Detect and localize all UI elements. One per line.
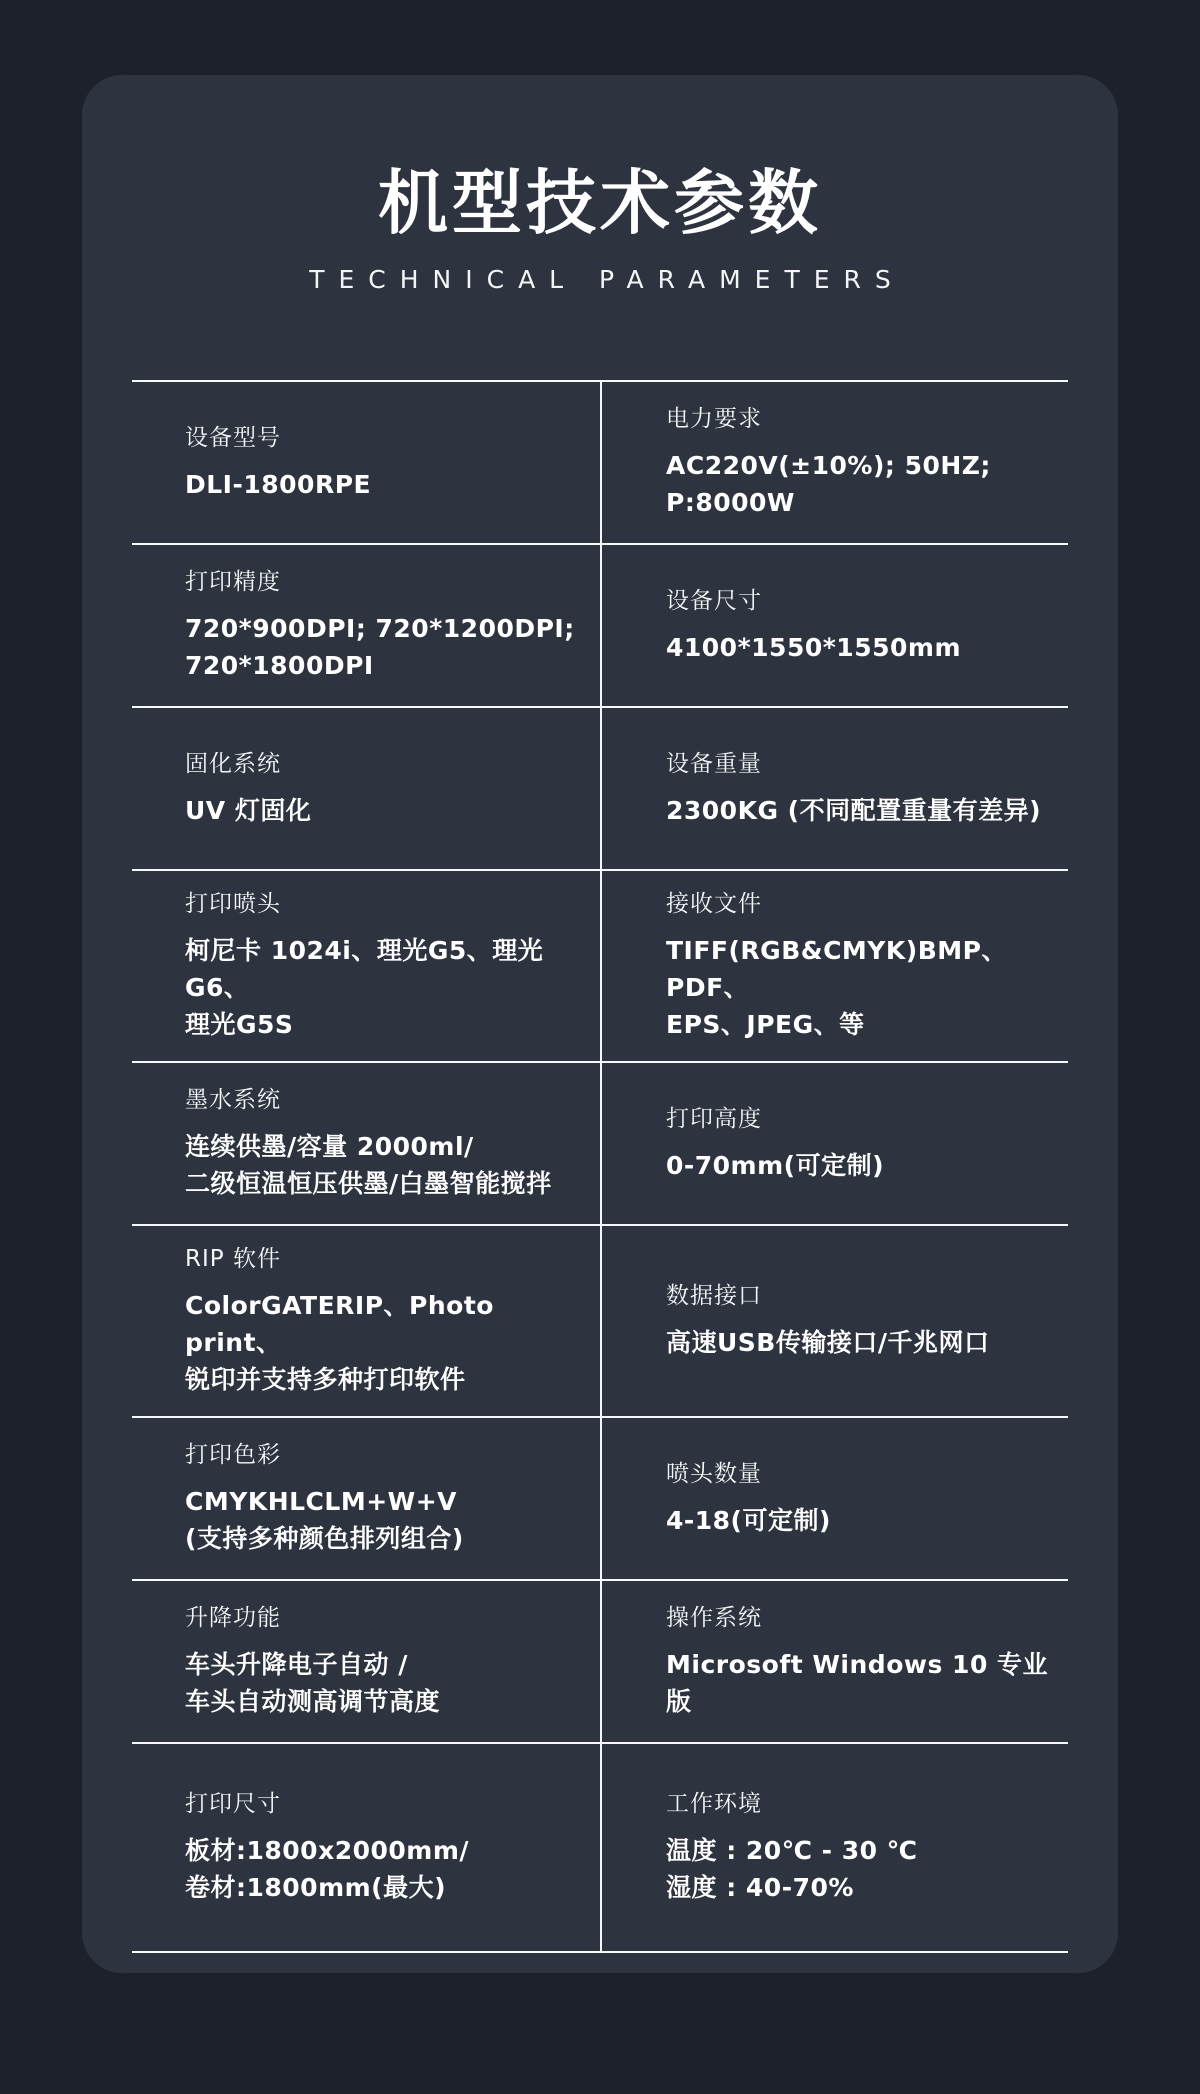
spec-value: 4-18(可定制): [666, 1502, 1050, 1539]
spec-value: 720*900DPI; 720*1200DPI;: [185, 610, 582, 647]
spec-label: 数据接口: [666, 1281, 1050, 1311]
table-row: 固化系统UV 灯固化设备重量2300KG (不同配置重量有差异): [132, 708, 1068, 871]
spec-value: 连续供墨/容量 2000ml/: [185, 1128, 582, 1165]
spec-cell-left: 设备型号DLI-1800RPE: [132, 382, 600, 543]
spec-value: ColorGATERIP、Photo print、: [185, 1287, 582, 1361]
spec-value: 卷材:1800mm(最大): [185, 1869, 582, 1906]
spec-value: 车头自动测高调节高度: [185, 1683, 582, 1720]
spec-cell-right: 操作系统Microsoft Windows 10 专业版: [600, 1581, 1068, 1742]
spec-value: Microsoft Windows 10 专业版: [666, 1646, 1050, 1720]
spec-value: 车头升降电子自动 /: [185, 1646, 582, 1683]
table-row: 打印喷头柯尼卡 1024i、理光G5、理光G6、理光G5S接收文件TIFF(RG…: [132, 871, 1068, 1063]
table-row: RIP 软件ColorGATERIP、Photo print、锐印并支持多种打印…: [132, 1226, 1068, 1418]
spec-value: DLI-1800RPE: [185, 466, 582, 503]
spec-value: TIFF(RGB&CMYK)BMP、PDF、: [666, 932, 1050, 1006]
spec-label: 喷头数量: [666, 1459, 1050, 1489]
spec-cell-right: 打印高度0-70mm(可定制): [600, 1063, 1068, 1224]
spec-value: 4100*1550*1550mm: [666, 629, 1050, 666]
spec-label: 打印色彩: [185, 1440, 582, 1470]
spec-cell-left: 打印精度720*900DPI; 720*1200DPI;720*1800DPI: [132, 545, 600, 706]
spec-value: 湿度 : 40-70%: [666, 1869, 1050, 1906]
spec-cell-right: 设备重量2300KG (不同配置重量有差异): [600, 708, 1068, 869]
spec-cell-left: 打印喷头柯尼卡 1024i、理光G5、理光G6、理光G5S: [132, 871, 600, 1061]
spec-cell-right: 工作环境温度 : 20℃ - 30 ℃湿度 : 40-70%: [600, 1744, 1068, 1951]
spec-value: 二级恒温恒压供墨/白墨智能搅拌: [185, 1165, 582, 1202]
spec-label: 操作系统: [666, 1603, 1050, 1633]
spec-cell-right: 电力要求AC220V(±10%); 50HZ;P:8000W: [600, 382, 1068, 543]
spec-cell-left: 墨水系统连续供墨/容量 2000ml/二级恒温恒压供墨/白墨智能搅拌: [132, 1063, 600, 1224]
spec-label: 设备型号: [185, 423, 582, 453]
spec-value: 720*1800DPI: [185, 647, 582, 684]
spec-cell-right: 设备尺寸4100*1550*1550mm: [600, 545, 1068, 706]
spec-cell-right: 喷头数量4-18(可定制): [600, 1418, 1068, 1579]
spec-value: 板材:1800x2000mm/: [185, 1832, 582, 1869]
spec-cell-left: 打印色彩CMYKHLCLM+W+V(支持多种颜色排列组合): [132, 1418, 600, 1579]
spec-cell-right: 数据接口高速USB传输接口/千兆网口: [600, 1226, 1068, 1416]
spec-label: 打印高度: [666, 1104, 1050, 1134]
spec-label: 固化系统: [185, 749, 582, 779]
table-row: 设备型号DLI-1800RPE电力要求AC220V(±10%); 50HZ;P:…: [132, 382, 1068, 545]
spec-cell-left: 打印尺寸板材:1800x2000mm/卷材:1800mm(最大): [132, 1744, 600, 1951]
spec-label: 设备重量: [666, 749, 1050, 779]
spec-label: 工作环境: [666, 1789, 1050, 1819]
spec-table: 设备型号DLI-1800RPE电力要求AC220V(±10%); 50HZ;P:…: [132, 380, 1068, 1953]
spec-label: 接收文件: [666, 889, 1050, 919]
spec-value: P:8000W: [666, 484, 1050, 521]
spec-label: 电力要求: [666, 404, 1050, 434]
spec-cell-left: 升降功能车头升降电子自动 /车头自动测高调节高度: [132, 1581, 600, 1742]
spec-cell-left: RIP 软件ColorGATERIP、Photo print、锐印并支持多种打印…: [132, 1226, 600, 1416]
spec-value: CMYKHLCLM+W+V: [185, 1483, 582, 1520]
spec-label: 打印尺寸: [185, 1789, 582, 1819]
spec-value: EPS、JPEG、等: [666, 1006, 1050, 1043]
table-row: 打印精度720*900DPI; 720*1200DPI;720*1800DPI设…: [132, 545, 1068, 708]
spec-label: RIP 软件: [185, 1244, 582, 1274]
card-header: 机型技术参数 TECHNICAL PARAMETERS: [82, 75, 1118, 294]
spec-label: 设备尺寸: [666, 586, 1050, 616]
table-row: 墨水系统连续供墨/容量 2000ml/二级恒温恒压供墨/白墨智能搅拌打印高度0-…: [132, 1063, 1068, 1226]
page-subtitle: TECHNICAL PARAMETERS: [82, 265, 1118, 294]
spec-cell-left: 固化系统UV 灯固化: [132, 708, 600, 869]
spec-value: 0-70mm(可定制): [666, 1147, 1050, 1184]
table-row: 打印尺寸板材:1800x2000mm/卷材:1800mm(最大)工作环境温度 :…: [132, 1744, 1068, 1953]
spec-value: 高速USB传输接口/千兆网口: [666, 1324, 1050, 1361]
spec-label: 墨水系统: [185, 1085, 582, 1115]
spec-cell-right: 接收文件TIFF(RGB&CMYK)BMP、PDF、EPS、JPEG、等: [600, 871, 1068, 1061]
page-title: 机型技术参数: [82, 165, 1118, 241]
spec-label: 升降功能: [185, 1603, 582, 1633]
spec-value: 柯尼卡 1024i、理光G5、理光G6、: [185, 932, 582, 1006]
spec-value: UV 灯固化: [185, 792, 582, 829]
spec-value: 锐印并支持多种打印软件: [185, 1361, 582, 1398]
spec-label: 打印精度: [185, 567, 582, 597]
spec-value: (支持多种颜色排列组合): [185, 1520, 582, 1557]
spec-label: 打印喷头: [185, 889, 582, 919]
spec-card: 机型技术参数 TECHNICAL PARAMETERS 设备型号DLI-1800…: [82, 75, 1118, 1973]
spec-value: 温度 : 20℃ - 30 ℃: [666, 1832, 1050, 1869]
table-row: 升降功能车头升降电子自动 /车头自动测高调节高度操作系统Microsoft Wi…: [132, 1581, 1068, 1744]
table-row: 打印色彩CMYKHLCLM+W+V(支持多种颜色排列组合)喷头数量4-18(可定…: [132, 1418, 1068, 1581]
spec-value: AC220V(±10%); 50HZ;: [666, 447, 1050, 484]
spec-value: 2300KG (不同配置重量有差异): [666, 792, 1050, 829]
spec-value: 理光G5S: [185, 1006, 582, 1043]
